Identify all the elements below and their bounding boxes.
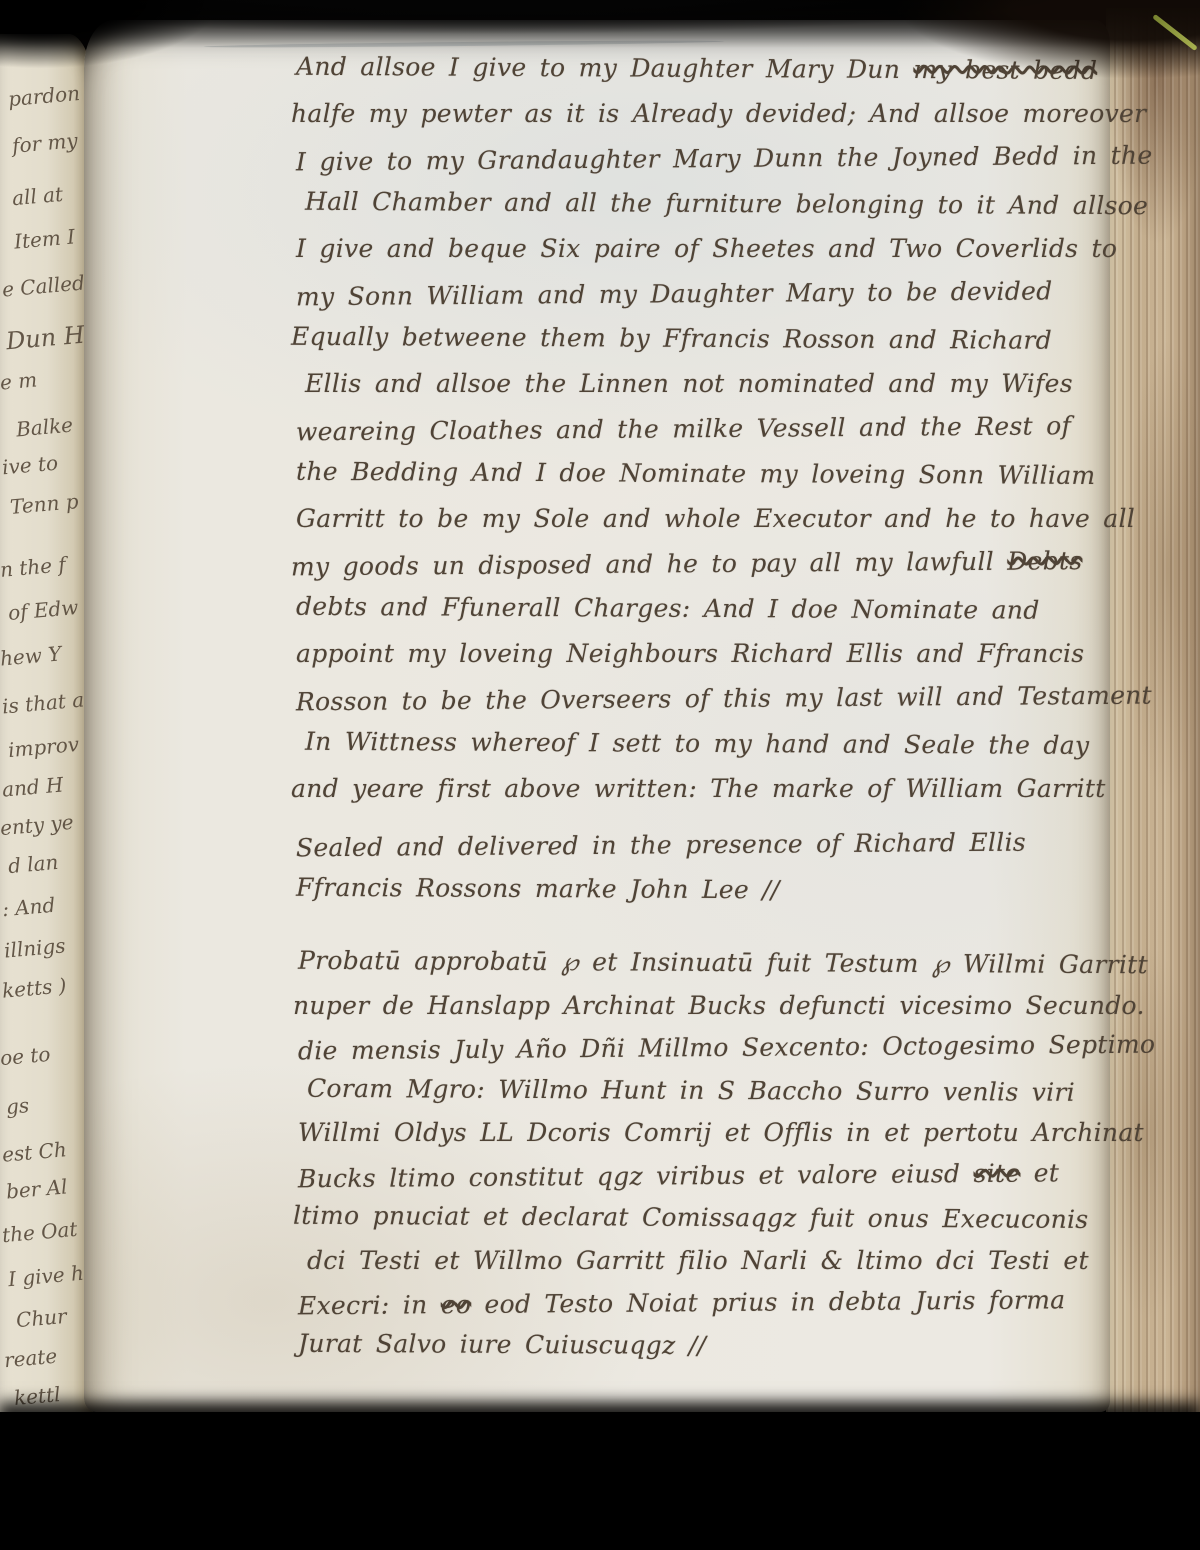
margin-fragment: n the f [0,552,67,582]
will-line: Sealed and delivered in the presence of … [296,827,1141,879]
margin-fragment: I give h [7,1261,85,1292]
margin-fragment: and H [1,772,64,801]
will-line: debts and Ffunerall Charges: And I doe N… [296,592,1141,641]
margin-fragment: illnigs [3,933,66,962]
line-text: Ffrancis Rossons marke John Lee // [296,873,780,905]
line-text: I give to my Grandaughter Mary Dunn the … [296,141,1153,177]
margin-fragment: gs [5,1093,30,1119]
line-text: eod Testo Noiat prius in debta Juris for… [471,1285,1065,1319]
struck-text: my best bedd [913,55,1097,85]
line-text: nuper de Hanslapp Archinat Bucks defunct… [293,991,1145,1020]
will-line: weareing Cloathes and the milke Vessell … [296,411,1141,463]
will-line: And allsoe I give to my Daughter Mary Du… [296,52,1141,101]
line-text: the Bedding And I doe Nominate my lovein… [296,457,1096,490]
probate-line: Willmi Oldys LL Dcoris Comrij et Offlis … [298,1118,1143,1161]
facing-page-edge: pardon for my all at Item I e Called Dun… [0,34,94,1442]
margin-fragment: ketts ) [1,973,67,1003]
probate-line: Jurat Salvo iure Cuiuscuqgz // [298,1328,1143,1375]
margin-fragment: e m [0,367,38,394]
line-text: Ellis and allsoe the Linnen not nominate… [305,369,1073,398]
margin-fragment: oe to [0,1042,51,1070]
pencil-smudge [204,39,724,48]
margin-fragment: : And [1,893,56,922]
line-text: Execri: in [298,1290,441,1320]
line-text: Equally betweene them by Ffrancis Rosson… [291,322,1052,355]
margin-fragment: kettl [13,1382,61,1410]
will-text-block: And allsoe I give to my Daughter Mary Du… [296,54,1141,920]
will-line: Garritt to be my Sole and whole Executor… [296,504,1141,549]
will-line: and yeare first above written: The marke… [291,774,1141,819]
probate-line: die mensis July Año Dñi Millmo Sexcento:… [298,1030,1143,1079]
will-line: I give to my Grandaughter Mary Dunn the … [296,141,1141,193]
will-line: Ellis and allsoe the Linnen not nominate… [305,369,1141,414]
manuscript-page: And allsoe I give to my Daughter Mary Du… [84,20,1110,1412]
probate-line: dci Testi et Willmo Garritt filio Narli … [307,1246,1143,1289]
margin-fragment: reate [3,1344,58,1373]
will-line: Equally betweene them by Ffrancis Rosson… [291,322,1141,371]
margin-fragment: Dun H [5,321,86,356]
probate-text-block: Probatū approbatū ℘ et Insinuatū fuit Te… [298,948,1143,1373]
line-text: debts and Ffunerall Charges: And I doe N… [296,592,1040,625]
will-line: Rosson to be the Overseers of this my la… [296,681,1141,733]
line-text: et [1020,1158,1059,1187]
line-text: die mensis July Año Dñi Millmo Sexcento:… [298,1030,1156,1066]
margin-fragment: improv [7,732,80,762]
will-line: my goods un disposed and he to pay all m… [291,546,1141,598]
margin-fragment: the Oat [1,1217,78,1247]
line-text: appoint my loveing Neighbours Richard El… [296,639,1084,668]
margin-fragment: pardon [7,81,81,111]
line-text: halfe my pewter as it is Already devided… [291,99,1146,128]
probate-line: nuper de Hanslapp Archinat Bucks defunct… [293,991,1143,1034]
line-text: Bucks ltimo constitut qgz viribus et val… [298,1159,974,1193]
line-text: Garritt to be my Sole and whole Executor… [296,504,1135,533]
probate-line: Execri: in eo eod Testo Noiat prius in d… [298,1285,1143,1334]
margin-fragment: Balke [15,413,74,442]
struck-text: Debts [1007,546,1082,576]
line-text: In Wittness whereof I sett to my hand an… [305,727,1090,760]
line-text: my goods un disposed and he to pay all m… [291,547,1008,582]
margin-fragment: ber Al [5,1174,68,1203]
margin-fragment: all at [11,182,64,210]
will-line: the Bedding And I doe Nominate my lovein… [296,457,1141,506]
will-line: my Sonn William and my Daughter Mary to … [296,276,1141,328]
struck-text: eo [441,1290,472,1319]
margin-fragment: hew Y [0,641,62,670]
will-line: Ffrancis Rossons marke John Lee // [296,873,1141,922]
will-line: In Wittness whereof I sett to my hand an… [305,727,1141,776]
struck-text: site [973,1158,1020,1187]
will-line: I give and beque Six paire of Sheetes an… [296,234,1141,279]
margin-fragment: Tenn p [9,489,79,519]
line-text: and yeare first above written: The marke… [291,774,1106,803]
line-text: And allsoe I give to my Daughter Mary Du… [296,52,913,84]
probate-line: Probatū approbatū ℘ et Insinuatū fuit Te… [298,946,1143,993]
margin-fragment: Chur [15,1304,68,1332]
line-text: Jurat Salvo iure Cuiuscuqgz // [298,1328,706,1359]
will-line: Hall Chamber and all the furniture belon… [305,187,1141,236]
line-text: dci Testi et Willmo Garritt filio Narli … [307,1246,1089,1275]
line-text: weareing Cloathes and the milke Vessell … [296,411,1071,446]
line-text: Willmi Oldys LL Dcoris Comrij et Offlis … [298,1118,1144,1147]
margin-fragment: of Edw [7,595,79,625]
probate-line: Coram Mgro: Willmo Hunt in S Baccho Surr… [307,1073,1143,1120]
line-text: Probatū approbatū ℘ et Insinuatū fuit Te… [298,946,1148,979]
will-line: appoint my loveing Neighbours Richard El… [296,639,1141,684]
probate-line: ltimo pnuciat et declarat Comissaqgz fui… [293,1201,1143,1248]
line-text: Rosson to be the Overseers of this my la… [296,681,1152,717]
margin-fragment: ive to [1,451,59,480]
margin-fragment: est Ch [1,1137,68,1167]
margin-fragment: for my [11,128,78,158]
probate-line: Bucks ltimo constitut qgz viribus et val… [298,1157,1143,1206]
line-text: ltimo pnuciat et declarat Comissaqgz fui… [293,1201,1089,1234]
will-line: halfe my pewter as it is Already devided… [291,99,1141,144]
line-text: I give and beque Six paire of Sheetes an… [296,234,1117,263]
margin-fragment: Item I [13,224,76,253]
margin-fragment: enty ye [0,810,74,840]
line-text: my Sonn William and my Daughter Mary to … [296,276,1053,311]
margin-fragment: d lan [7,850,59,878]
line-text: Hall Chamber and all the furniture belon… [305,187,1148,220]
margin-fragment: e Called [1,270,86,301]
line-text: Coram Mgro: Willmo Hunt in S Baccho Surr… [307,1073,1075,1106]
bottom-shadow [0,1412,1200,1550]
book-photograph: pardon for my all at Item I e Called Dun… [0,0,1200,1550]
line-text: Sealed and delivered in the presence of … [296,828,1026,863]
margin-fragment: is that a [1,687,85,718]
